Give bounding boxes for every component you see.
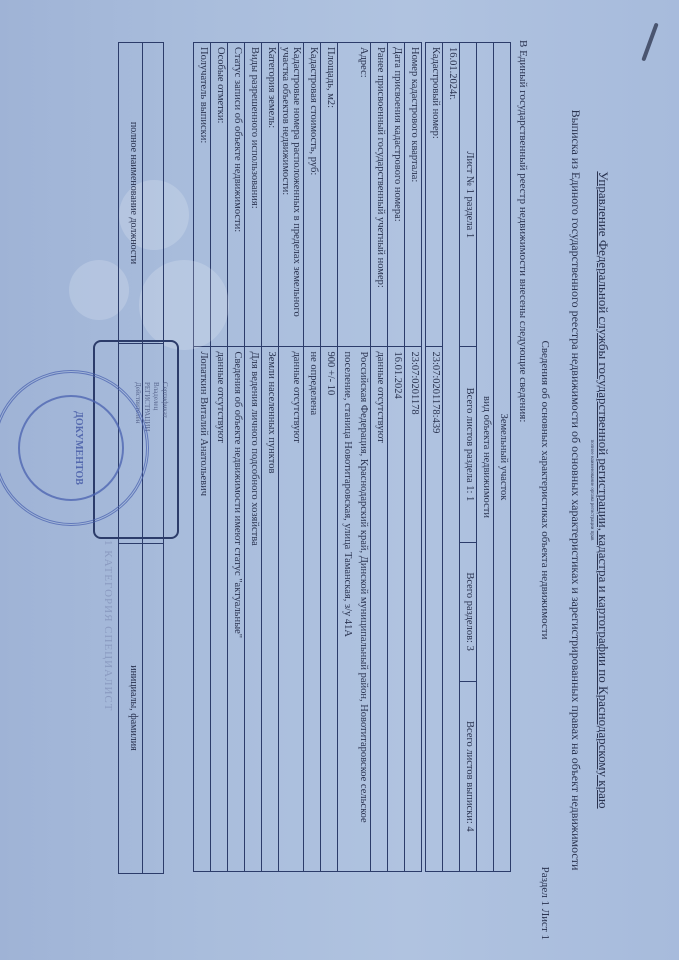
table-row: Статус записи об объекте недвижимости: С… xyxy=(228,43,245,872)
field-value: Российская Федерация, Краснодарский край… xyxy=(354,347,371,872)
sheet-number: Лист № 1 раздела 1 xyxy=(460,43,477,347)
official-seal: ДОКУМЕНТОВ xyxy=(0,370,149,526)
position-caption: полное наименование должности xyxy=(128,43,139,343)
section-label: Раздел 1 Лист 1 xyxy=(539,867,551,940)
table-row: Ранее присвоенный государственный учетны… xyxy=(371,43,388,872)
field-label: Виды разрешенного использования: xyxy=(245,43,262,347)
field-value: Сведения об объекте недвижимости имеют с… xyxy=(228,347,245,872)
name-caption: инициалы, фамилия xyxy=(128,543,139,873)
field-label: Адрес: xyxy=(338,43,371,347)
table-row: Площадь, м2: 900 +/- 10 xyxy=(321,43,338,872)
specialist-stamp: 1 КАТЕГОРИЯ СПЕЦИАЛИСТ xyxy=(102,540,114,711)
field-label: Кадастровая стоимость, руб: xyxy=(304,43,321,347)
total-sheets-section: Всего листов раздела 1: 1 xyxy=(460,347,477,542)
stamp-line: Владелец xyxy=(151,382,160,431)
field-value: 23:07:0201178 xyxy=(405,347,422,872)
table-row: Виды разрешенного использования: Для вед… xyxy=(245,43,262,872)
characteristics-table: Земельный участок вид объекта недвижимос… xyxy=(193,42,511,872)
field-value: не определена xyxy=(304,347,321,872)
field-value: 900 +/- 10 xyxy=(321,347,338,872)
table-row: Категория земель: Земли населенных пункт… xyxy=(262,43,279,872)
table-row: Кадастровый номер: 23:07:0201178:439 xyxy=(426,43,443,872)
field-value: данные отсутствуют xyxy=(279,347,304,872)
authority-caption: полное наименование органа регистрации п… xyxy=(589,40,594,940)
field-value-cont: поселение, станица Новотитаровская, улиц… xyxy=(338,347,355,872)
field-label: Номер кадастрового квартала: xyxy=(405,43,422,347)
extract-date: 16.01.2024г. xyxy=(443,43,460,872)
table-row: Кадастровая стоимость, руб: не определен… xyxy=(304,43,321,872)
field-label: Дата присвоения кадастрового номера: xyxy=(388,43,405,347)
intro-text: В Единый государственный реестр недвижим… xyxy=(517,40,529,422)
field-label: Площадь, м2: xyxy=(321,43,338,347)
table-row: Получатель выписки: Лопаткин Виталий Ана… xyxy=(194,43,211,872)
field-value: Для ведения личного подсобного хозяйства xyxy=(245,347,262,872)
field-value: 23:07:0201178:439 xyxy=(426,347,443,872)
object-type-caption: вид объекта недвижимости xyxy=(477,43,494,872)
seal-text: ДОКУМЕНТОВ xyxy=(73,373,84,523)
pen-mark xyxy=(641,23,658,62)
field-value: данные отсутствуют xyxy=(371,347,388,872)
table-row: Номер кадастрового квартала: 23:07:02011… xyxy=(405,43,422,872)
document-title: Выписка из Единого государственного реес… xyxy=(568,40,583,940)
field-label: Статус записи об объекте недвижимости: xyxy=(228,43,245,347)
field-value: данные отсутствуют xyxy=(211,347,228,872)
field-value: Земли населенных пунктов xyxy=(262,347,279,872)
divider xyxy=(119,543,163,544)
document-subtitle: Сведения об основных характеристиках объ… xyxy=(539,40,551,940)
table-row: Кадастровые номера расположенных в преде… xyxy=(279,43,304,872)
field-label-line2: участка объектов недвижимости: xyxy=(280,47,291,342)
table-row: Особые отметки: данные отсутствуют xyxy=(211,43,228,872)
total-sections: Всего разделов: 3 xyxy=(460,542,477,681)
table-row: Адрес: Российская Федерация, Краснодарск… xyxy=(354,43,371,872)
table-row: Дата присвоения кадастрового номера: 16.… xyxy=(388,43,405,872)
field-label: Ранее присвоенный государственный учетны… xyxy=(371,43,388,347)
stamp-line: Сертификат xyxy=(160,382,169,431)
field-label: Кадастровый номер: xyxy=(426,43,443,347)
registry-extract-document: Управление Федеральной службы государств… xyxy=(0,40,619,940)
field-label-line1: Кадастровые номера расположенных в преде… xyxy=(291,47,302,342)
authority-name: Управление Федеральной службы государств… xyxy=(595,40,611,940)
total-sheets-extract: Всего листов выписки: 4 xyxy=(460,681,477,871)
field-value: Лопаткин Виталий Анатольевич xyxy=(194,347,211,872)
field-label: Категория земель: xyxy=(262,43,279,347)
field-value: 16.01.2024 xyxy=(388,347,405,872)
object-type: Земельный участок xyxy=(494,43,511,872)
field-label: Кадастровые номера расположенных в преде… xyxy=(279,43,304,347)
